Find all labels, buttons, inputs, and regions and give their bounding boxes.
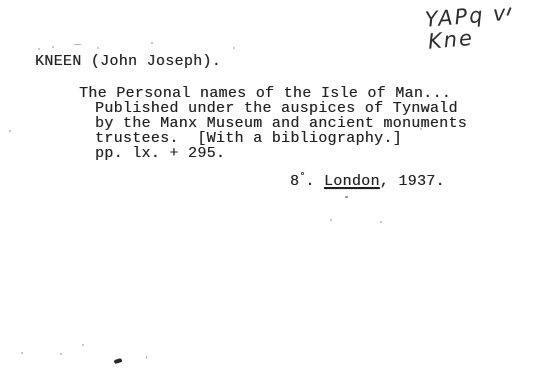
scan-speck [52, 46, 54, 48]
scan-speck [380, 221, 382, 223]
scan-speck [38, 48, 40, 50]
title-line: The Personal names of the Isle of Man... [79, 86, 467, 101]
pen-tick-mark [506, 7, 511, 16]
scan-speck [97, 47, 99, 49]
publication-place: London [324, 173, 380, 190]
catalog-card: YAPq v Kne KNEEN (John Joseph). The Pers… [0, 0, 550, 374]
scan-speck [9, 130, 11, 132]
scan-speck [74, 44, 81, 45]
format-number: 8 [290, 173, 299, 190]
scan-speck [330, 219, 332, 221]
title-line: Published under the auspices of Tynwald [79, 101, 467, 116]
publication-date: , 1937. [380, 173, 445, 190]
imprint-line: 8°. London, 1937. [290, 172, 445, 190]
scan-speck [146, 356, 147, 359]
pagination-line: pp. lx. + 295. [79, 146, 467, 161]
title-line: trustees. [With a bibliography.] [79, 131, 467, 146]
author-heading: KNEEN (John Joseph). [35, 53, 221, 70]
title-line: by the Manx Museum and ancient monuments [79, 116, 467, 131]
ink-mark [114, 358, 123, 364]
scan-speck [233, 47, 235, 49]
scan-speck [420, 128, 422, 130]
scan-speck [21, 352, 23, 354]
scan-speck [151, 42, 153, 44]
imprint-separator: . [305, 173, 324, 190]
scan-speck [82, 344, 84, 346]
handwritten-shelfmark: YAPq v Kne [424, 1, 510, 55]
scan-speck [60, 353, 62, 355]
title-paragraph: The Personal names of the Isle of Man...… [79, 86, 467, 161]
scan-speck [345, 196, 348, 198]
